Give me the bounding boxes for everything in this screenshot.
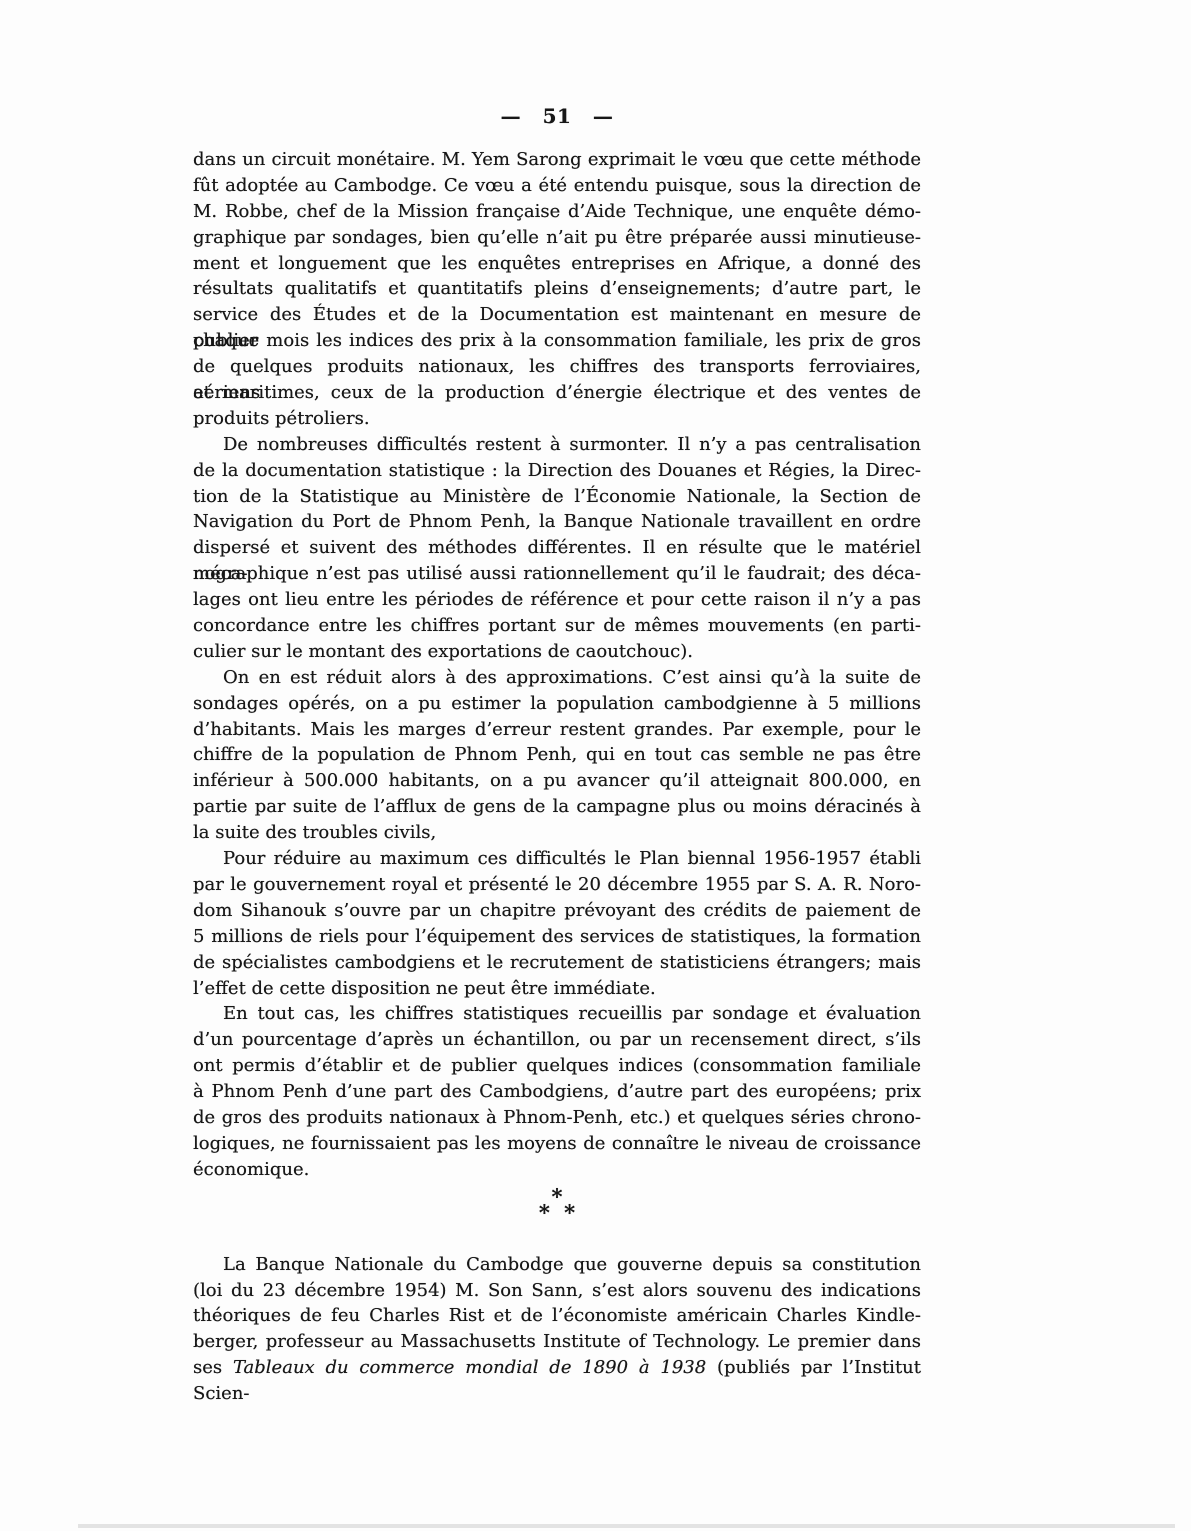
text-line: On en est réduit alors à des approximati… [193,665,921,691]
text-segment: la suite des troubles civils, [193,822,436,843]
text-segment: culier sur le montant des exportations d… [193,641,693,662]
text-line: La Banque Nationale du Cambodge que gouv… [193,1252,921,1278]
text-segment: inférieur à 500.000 habitants, on a pu a… [193,770,921,791]
text-line: dispersé et suivent des méthodes différe… [193,535,921,561]
page-content: dans un circuit monétaire. M. Yem Sarong… [193,147,921,1381]
text-line: lages ont lieu entre les périodes de réf… [193,587,921,613]
text-segment: Pour réduire au maximum ces difficultés … [223,848,921,869]
paragraph: Pour réduire au maximum ces difficultés … [193,846,921,1001]
text-line: Pour réduire au maximum ces difficultés … [193,846,921,872]
text-line: de gros des produits nationaux à Phnom-P… [193,1105,921,1131]
text-line: dans un circuit monétaire. M. Yem Sarong… [193,147,921,173]
paragraph: En tout cas, les chiffres statistiques r… [193,1001,921,1182]
text-line: fût adoptée au Cambodge. Ce vœu a été en… [193,173,921,199]
text-segment: ont permis d’établir et de publier quelq… [193,1055,921,1076]
text-line: logiques, ne fournissaient pas les moyen… [193,1131,921,1157]
text-line: l’effet de cette disposition ne peut êtr… [193,976,921,1002]
text-line: la suite des troubles civils, [193,820,921,846]
text-line: de spécialistes cambodgiens et le recrut… [193,950,921,976]
text-line: d’habitants. Mais les marges d’erreur re… [193,717,921,743]
text-segment: De nombreuses difficultés restent à surm… [223,434,921,455]
text-segment: de spécialistes cambodgiens et le recrut… [193,952,921,973]
text-segment: berger, professeur au Massachusetts Inst… [193,1331,921,1352]
text-segment: produits pétroliers. [193,408,370,429]
text-segment: théoriques de feu Charles Rist et de l’é… [193,1305,921,1326]
text-segment: sondages opérés, on a pu estimer la popu… [193,693,921,714]
text-segment: d’habitants. Mais les marges d’erreur re… [193,719,921,740]
text-segment: tion de la Statistique au Ministère de l… [193,486,921,507]
text-block: — 51 — dans un circuit monétaire. M. Yem… [193,0,921,1381]
scan-edge-artifact [78,1524,1175,1528]
text-segment: concordance entre les chiffres portant s… [193,615,921,636]
text-line: de la documentation statistique : la Dir… [193,458,921,484]
text-segment: 5 millions de riels pour l’équipement de… [193,926,921,947]
text-line: (loi du 23 décembre 1954) M. Son Sann, s… [193,1278,921,1304]
text-line: chaque mois les indices des prix à la co… [193,328,921,354]
page-number: — 51 — [193,104,921,128]
text-segment: ment et longuement que les enquêtes entr… [193,253,921,274]
text-segment: graphique par sondages, bien qu’elle n’a… [193,227,921,248]
book-page: — 51 — dans un circuit monétaire. M. Yem… [0,0,1191,1531]
text-line: tion de la Statistique au Ministère de l… [193,484,921,510]
italic-book-title: Tableaux du commerce mondial de 1890 à 1… [233,1357,706,1378]
asterism-stars-bottom: * * [193,1204,921,1221]
text-line: culier sur le montant des exportations d… [193,639,921,665]
text-line: En tout cas, les chiffres statistiques r… [193,1001,921,1027]
text-segment: l’effet de cette disposition ne peut êtr… [193,978,656,999]
text-segment: de gros des produits nationaux à Phnom-P… [193,1107,921,1128]
text-segment: chiffre de la population de Phnom Penh, … [193,744,921,765]
text-line: M. Robbe, chef de la Mission française d… [193,199,921,225]
paragraph: dans un circuit monétaire. M. Yem Sarong… [193,147,921,432]
text-segment: et maritimes, ceux de la production d’én… [193,382,921,403]
text-line: Navigation du Port de Phnom Penh, la Ban… [193,509,921,535]
text-segment: par le gouvernement royal et présenté le… [193,874,921,895]
text-line: sondages opérés, on a pu estimer la popu… [193,691,921,717]
text-segment: chaque mois les indices des prix à la co… [193,330,921,351]
text-segment: Navigation du Port de Phnom Penh, la Ban… [193,511,921,532]
text-line: ont permis d’établir et de publier quelq… [193,1053,921,1079]
text-segment: On en est réduit alors à des approximati… [223,667,921,688]
text-line: économique. [193,1157,921,1183]
body-paragraphs-top: dans un circuit monétaire. M. Yem Sarong… [193,147,921,1183]
text-line: résultats qualitatifs et quantitatifs pl… [193,276,921,302]
text-line: produits pétroliers. [193,406,921,432]
text-line: service des Études et de la Documentatio… [193,302,921,328]
text-line: graphique par sondages, bien qu’elle n’a… [193,225,921,251]
paragraph: On en est réduit alors à des approximati… [193,665,921,846]
text-segment: dom Sihanouk s’ouvre par un chapitre pré… [193,900,921,921]
text-line: ses Tableaux du commerce mondial de 1890… [193,1355,921,1381]
text-segment: partie par suite de l’afflux de gens de … [193,796,921,817]
paragraph: De nombreuses difficultés restent à surm… [193,432,921,665]
text-segment: à Phnom Penh d’une part des Cambodgiens,… [193,1081,921,1102]
text-line: concordance entre les chiffres portant s… [193,613,921,639]
text-segment: En tout cas, les chiffres statistiques r… [223,1003,921,1024]
text-segment: d’un pourcentage d’après un échantillon,… [193,1029,921,1050]
paragraph: La Banque Nationale du Cambodge que gouv… [193,1252,921,1381]
text-line: 5 millions de riels pour l’équipement de… [193,924,921,950]
body-paragraphs-bottom: La Banque Nationale du Cambodge que gouv… [193,1252,921,1381]
text-line: De nombreuses difficultés restent à surm… [193,432,921,458]
text-segment: dans un circuit monétaire. M. Yem Sarong… [193,149,921,170]
text-segment: de la documentation statistique : la Dir… [193,460,921,481]
text-line: d’un pourcentage d’après un échantillon,… [193,1027,921,1053]
text-segment: fût adoptée au Cambodge. Ce vœu a été en… [193,175,921,196]
text-segment: ses [193,1357,233,1378]
text-line: de quelques produits nationaux, les chif… [193,354,921,380]
text-segment: La Banque Nationale du Cambodge que gouv… [223,1254,921,1275]
text-line: à Phnom Penh d’une part des Cambodgiens,… [193,1079,921,1105]
text-line: nographique n’est pas utilisé aussi rati… [193,561,921,587]
text-line: dom Sihanouk s’ouvre par un chapitre pré… [193,898,921,924]
text-line: par le gouvernement royal et présenté le… [193,872,921,898]
text-segment: résultats qualitatifs et quantitatifs pl… [193,278,921,299]
text-line: théoriques de feu Charles Rist et de l’é… [193,1303,921,1329]
asterism-separator: * * * [193,1189,921,1221]
text-segment: (loi du 23 décembre 1954) M. Son Sann, s… [193,1280,921,1301]
text-line: et maritimes, ceux de la production d’én… [193,380,921,406]
text-segment: M. Robbe, chef de la Mission française d… [193,201,921,222]
text-segment: nographique n’est pas utilisé aussi rati… [193,563,921,584]
text-segment: lages ont lieu entre les périodes de réf… [193,589,921,610]
text-segment: économique. [193,1159,309,1180]
text-line: ment et longuement que les enquêtes entr… [193,251,921,277]
text-segment: logiques, ne fournissaient pas les moyen… [193,1133,921,1154]
text-line: inférieur à 500.000 habitants, on a pu a… [193,768,921,794]
text-line: berger, professeur au Massachusetts Inst… [193,1329,921,1355]
text-line: partie par suite de l’afflux de gens de … [193,794,921,820]
text-line: chiffre de la population de Phnom Penh, … [193,742,921,768]
